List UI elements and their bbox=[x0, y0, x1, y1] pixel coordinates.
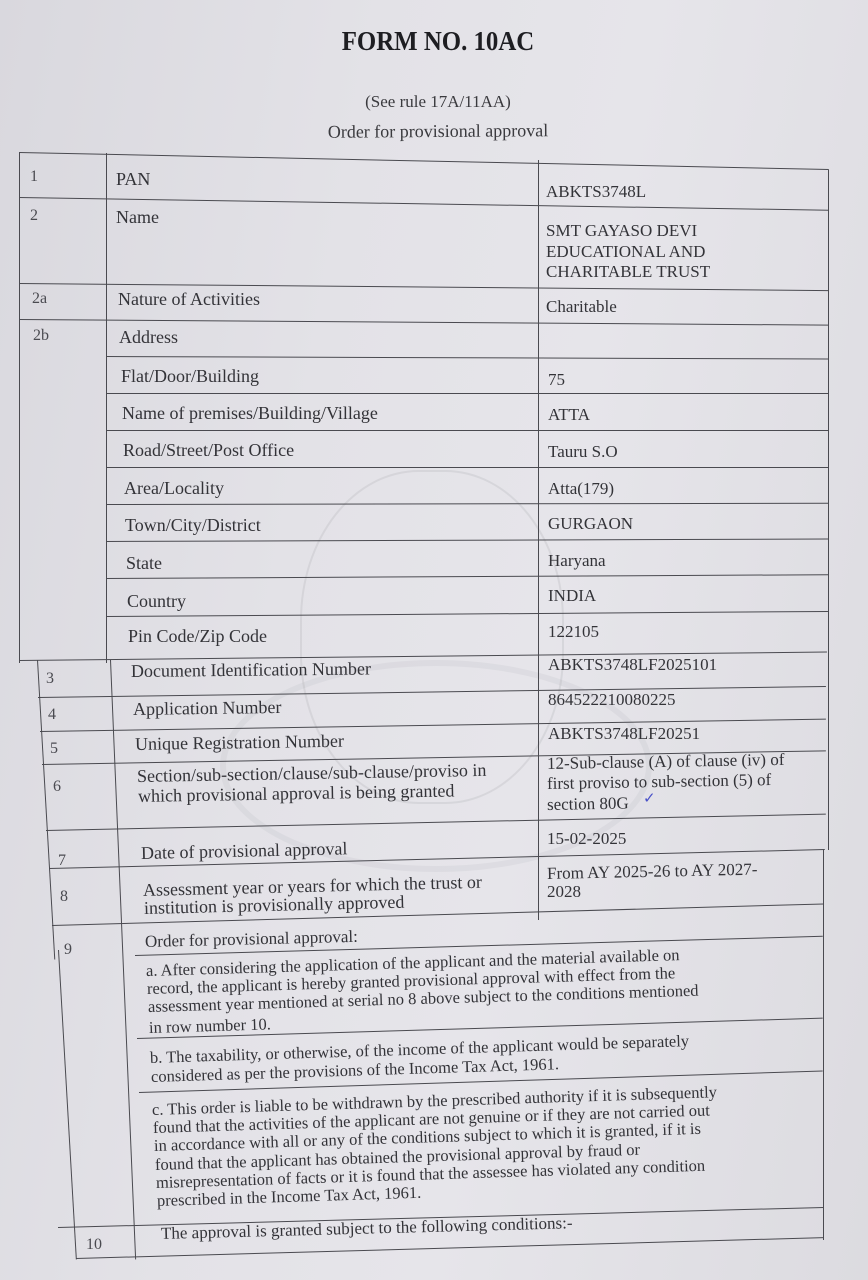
document-identification-number-label: Document Identification Number bbox=[131, 659, 371, 681]
flat-door-building-label: Flat/Door/Building bbox=[121, 367, 259, 386]
pan-label: PAN bbox=[116, 170, 150, 189]
section-value-line-3: section 80G bbox=[547, 794, 629, 814]
row-number-6: 6 bbox=[53, 778, 61, 796]
form-10ac-page: FORM NO. 10AC (See rule 17A/11AA) Order … bbox=[0, 0, 868, 1280]
row-number-3: 3 bbox=[46, 670, 54, 688]
table-outer-left-border-bottom bbox=[58, 950, 77, 1260]
handwritten-check-mark-icon: ✓ bbox=[643, 789, 656, 807]
state-value: Haryana bbox=[548, 551, 606, 570]
row-number-10: 10 bbox=[86, 1236, 102, 1254]
application-number-value: 864522210080225 bbox=[548, 690, 676, 709]
rule-addr-1 bbox=[106, 393, 828, 394]
area-locality-value: Atta(179) bbox=[548, 479, 614, 498]
country-value: INDIA bbox=[548, 586, 596, 605]
row-number-2a: 2a bbox=[32, 290, 47, 308]
area-locality-label: Area/Locality bbox=[124, 479, 224, 498]
address-label: Address bbox=[119, 328, 178, 347]
row-number-5: 5 bbox=[50, 740, 58, 758]
row-number-8: 8 bbox=[60, 888, 68, 906]
table-outer-left-border bbox=[19, 153, 20, 663]
road-street-post-office-value: Tauru S.O bbox=[548, 442, 618, 461]
premises-building-village-label: Name of premises/Building/Village bbox=[122, 404, 378, 423]
pin-code-label: Pin Code/Zip Code bbox=[128, 627, 267, 646]
nature-of-activities-label: Nature of Activities bbox=[118, 290, 260, 309]
conditions-label: The approval is granted subject to the f… bbox=[161, 1214, 573, 1243]
rule-after-address bbox=[106, 356, 828, 360]
row-number-9: 9 bbox=[64, 941, 72, 959]
table-number-column-divider-lower bbox=[110, 660, 136, 1260]
row-number-4: 4 bbox=[48, 706, 56, 724]
flat-door-building-value: 75 bbox=[548, 370, 565, 389]
unique-registration-number-value: ABKTS3748LF20251 bbox=[548, 724, 700, 743]
table-number-column-divider bbox=[106, 153, 107, 663]
premises-building-village-value: ATTA bbox=[548, 405, 590, 424]
name-value-line-2: EDUCATIONAL AND bbox=[546, 242, 705, 261]
state-label: State bbox=[126, 554, 162, 573]
table-outer-right-border-lower bbox=[823, 850, 824, 1240]
assessment-year-label-line-2: institution is provisionally approved bbox=[144, 893, 405, 918]
nature-of-activities-value: Charitable bbox=[546, 297, 617, 316]
assessment-year-value-line-1: From AY 2025-26 to AY 2027- bbox=[547, 860, 758, 883]
rule-top bbox=[19, 152, 829, 170]
table-outer-left-border-lower bbox=[37, 660, 55, 960]
application-number-label: Application Number bbox=[133, 698, 282, 719]
date-of-approval-label: Date of provisional approval bbox=[141, 839, 348, 863]
unique-registration-number-label: Unique Registration Number bbox=[135, 732, 344, 754]
rule-addr-3 bbox=[106, 467, 828, 468]
section-value-line-2: first proviso to sub-section (5) of bbox=[547, 770, 772, 793]
form-subtitle: Order for provisional approval bbox=[0, 118, 868, 145]
form-title: FORM NO. 10AC bbox=[35, 26, 841, 57]
name-value-line-3: CHARITABLE TRUST bbox=[546, 262, 710, 281]
rule-after-nature bbox=[19, 319, 829, 326]
pan-value: ABKTS3748L bbox=[546, 182, 646, 201]
name-label: Name bbox=[116, 208, 159, 227]
row-number-2: 2 bbox=[30, 207, 38, 225]
document-identification-number-value: ABKTS3748LF2025101 bbox=[548, 655, 717, 674]
order-heading: Order for provisional approval: bbox=[145, 927, 358, 951]
town-city-district-value: GURGAON bbox=[548, 514, 633, 533]
country-label: Country bbox=[127, 592, 186, 611]
row-number-2b: 2b bbox=[33, 327, 49, 345]
row-number-1: 1 bbox=[30, 168, 38, 186]
town-city-district-label: Town/City/District bbox=[125, 516, 261, 535]
row-number-7: 7 bbox=[58, 852, 66, 870]
name-value-line-1: SMT GAYASO DEVI bbox=[546, 221, 697, 240]
road-street-post-office-label: Road/Street/Post Office bbox=[123, 441, 294, 460]
table-outer-right-border bbox=[828, 170, 829, 850]
assessment-year-value-line-2: 2028 bbox=[547, 882, 581, 901]
date-of-approval-value: 15-02-2025 bbox=[547, 829, 626, 848]
rule-addr-2 bbox=[106, 430, 828, 431]
rule-reference: (See rule 17A/11AA) bbox=[0, 92, 868, 112]
para-a-line-4: in row number 10. bbox=[149, 1015, 271, 1037]
pin-code-value: 122105 bbox=[548, 622, 599, 641]
